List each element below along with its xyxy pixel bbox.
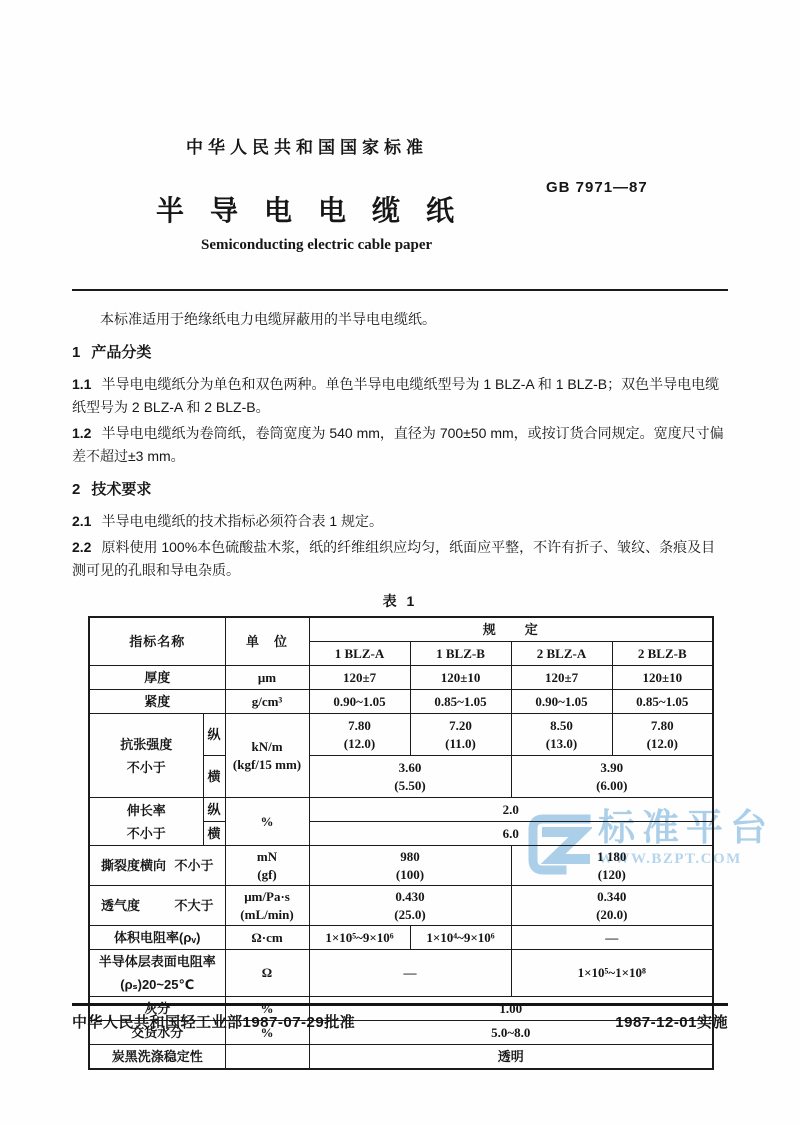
grade-cell: 1 BLZ-B (410, 642, 511, 666)
unit-cell: kN/m (kgf/15 mm) (225, 714, 309, 798)
unit-cell: Ω (225, 950, 309, 997)
value-main: 1 180 (512, 848, 713, 866)
value-cell: — (511, 926, 713, 950)
value-cell: 1×10⁵~9×10⁶ (309, 926, 410, 950)
direction-cell: 纵 (203, 714, 225, 756)
unit-cell: % (225, 798, 309, 846)
document-page: 标准平台 WWW.BZPT.COM 中华人民共和国国家标准 GB 7971—87… (0, 0, 800, 1126)
clause-text: 半导电电缆纸为卷筒纸，卷筒宽度为 540 mm，直径为 700±50 mm，或按… (72, 425, 724, 464)
section-heading-1: 1产品分类 (72, 341, 728, 364)
clause-2-1: 2.1半导电电缆纸的技术指标必须符合表 1 规定。 (72, 510, 728, 533)
grade-cell: 2 BLZ-B (612, 642, 713, 666)
unit-cell: μm/Pa·s (mL/min) (225, 886, 309, 926)
clause-text: 半导电电缆纸的技术指标必须符合表 1 规定。 (101, 513, 383, 529)
header-cell-name: 指标名称 (89, 617, 225, 666)
row-tear: 撕裂度横向 不小于 mN (gf) 980 (100) 1 180 (120) (89, 846, 713, 886)
row-name: 伸长率 不小于 (89, 798, 203, 846)
value-paren: (120) (512, 866, 713, 884)
value-cell: 1 180 (120) (511, 846, 713, 886)
header-rule (72, 289, 728, 291)
section-heading-2: 2技术要求 (72, 478, 728, 501)
value-cell: 7.20 (11.0) (410, 714, 511, 756)
direction-cell: 横 (203, 756, 225, 798)
value-cell: 1×10⁵~1×10⁸ (511, 950, 713, 997)
header-cell-spec: 规 定 (309, 617, 713, 642)
row-volume-resistivity: 体积电阻率(ρᵥ) Ω·cm 1×10⁵~9×10⁶ 1×10⁴~9×10⁶ — (89, 926, 713, 950)
value-paren: (20.0) (512, 906, 713, 924)
row-density: 紧度 g/cm³ 0.90~1.05 0.85~1.05 0.90~1.05 0… (89, 690, 713, 714)
row-carbon-black: 炭黑洗涤稳定性 透明 (89, 1045, 713, 1070)
grade-cell: 2 BLZ-A (511, 642, 612, 666)
value-main: 980 (310, 848, 511, 866)
value-cell: 0.90~1.05 (309, 690, 410, 714)
document-body: 本标准适用于绝缘纸电力电缆屏蔽用的半导电电缆纸。 1产品分类 1.1半导电电缆纸… (72, 308, 728, 1070)
national-standard-label: 中华人民共和国国家标准 (186, 133, 428, 158)
direction-cell: 纵 (203, 798, 225, 822)
value-main: 3.60 (310, 759, 511, 777)
spec-table: 指标名称 单 位 规 定 1 BLZ-A 1 BLZ-B 2 BLZ-A 2 B… (88, 616, 714, 1070)
unit-cell: Ω·cm (225, 926, 309, 950)
clause-1-2: 1.2半导电电缆纸为卷筒纸，卷筒宽度为 540 mm，直径为 700±50 mm… (72, 422, 728, 468)
standard-number: GB 7971—87 (546, 179, 648, 196)
value-cell: — (309, 950, 511, 997)
row-name: 撕裂度横向 不小于 (89, 846, 225, 886)
value-cell: 120±7 (309, 666, 410, 690)
row-qualifier: 不小于 (90, 822, 203, 845)
section-title: 产品分类 (91, 344, 151, 361)
value-main: 7.20 (411, 717, 511, 735)
unit-cell: g/cm³ (225, 690, 309, 714)
row-name-line: 半导体层表面电阻率 (90, 950, 225, 973)
clause-number: 2.1 (72, 513, 91, 529)
unit-cell (225, 1045, 309, 1070)
value-cell: 0.85~1.05 (410, 690, 511, 714)
value-cell: 3.90 (6.00) (511, 756, 713, 798)
page-title: 半导电电缆纸 (156, 189, 480, 229)
row-qualifier: 不小于 (175, 854, 214, 877)
row-name: 半导体层表面电阻率 (ρₛ)20~25℃ (89, 950, 225, 997)
footer: 中华人民共和国轻工业部1987-07-29批准 1987-12-01实施 (72, 1011, 728, 1032)
value-cell: 0.340 (20.0) (511, 886, 713, 926)
row-name: 体积电阻率(ρᵥ) (89, 926, 225, 950)
clause-number: 2.2 (72, 539, 91, 555)
row-qualifier: 不小于 (90, 756, 203, 779)
row-elongation-longitudinal: 伸长率 不小于 纵 % 2.0 (89, 798, 713, 822)
unit-cell: μm (225, 666, 309, 690)
clause-text: 半导电电缆纸分为单色和双色两种。单色半导电电缆纸型号为 1 BLZ-A 和 1 … (72, 376, 719, 415)
row-tensile-longitudinal: 抗张强度 不小于 纵 kN/m (kgf/15 mm) 7.80 (12.0) … (89, 714, 713, 756)
unit-line: kN/m (226, 738, 309, 756)
row-permeability: 透气度 不大于 μm/Pa·s (mL/min) 0.430 (25.0) 0.… (89, 886, 713, 926)
direction-cell: 横 (203, 822, 225, 846)
unit-line: (mL/min) (226, 906, 309, 924)
value-paren: (6.00) (512, 777, 713, 795)
header-cell-unit: 单 位 (225, 617, 309, 666)
row-surface-resistivity: 半导体层表面电阻率 (ρₛ)20~25℃ Ω — 1×10⁵~1×10⁸ (89, 950, 713, 997)
approval-text: 中华人民共和国轻工业部1987-07-29批准 (72, 1011, 355, 1032)
unit-line: (gf) (226, 866, 309, 884)
value-paren: (100) (310, 866, 511, 884)
value-main: 0.340 (512, 888, 713, 906)
row-name-line: 透气度 (101, 894, 140, 917)
value-cell: 8.50 (13.0) (511, 714, 612, 756)
value-cell: 1×10⁴~9×10⁶ (410, 926, 511, 950)
value-main: 7.80 (310, 717, 410, 735)
value-main: 0.430 (310, 888, 511, 906)
value-cell: 980 (100) (309, 846, 511, 886)
value-main: 8.50 (512, 717, 612, 735)
row-name: 透气度 不大于 (89, 886, 225, 926)
value-cell: 120±10 (410, 666, 511, 690)
row-name: 抗张强度 不小于 (89, 714, 203, 798)
value-cell: 7.80 (12.0) (612, 714, 713, 756)
value-cell: 120±10 (612, 666, 713, 690)
value-cell: 2.0 (309, 798, 713, 822)
clause-text: 原料使用 100%本色硫酸盐木浆，纸的纤维组织应均匀，纸面应平整，不许有折子、皱… (72, 539, 715, 578)
clause-1-1: 1.1半导电电缆纸分为单色和双色两种。单色半导电电缆纸型号为 1 BLZ-A 和… (72, 373, 728, 419)
value-cell: 6.0 (309, 822, 713, 846)
value-paren: (12.0) (613, 735, 713, 753)
row-name: 炭黑洗涤稳定性 (89, 1045, 225, 1070)
table-header-row: 指标名称 单 位 规 定 (89, 617, 713, 642)
value-cell: 0.430 (25.0) (309, 886, 511, 926)
unit-cell: mN (gf) (225, 846, 309, 886)
value-paren: (11.0) (411, 735, 511, 753)
value-cell: 0.90~1.05 (511, 690, 612, 714)
section-number: 2 (72, 481, 80, 498)
value-main: 3.90 (512, 759, 713, 777)
section-title: 技术要求 (91, 481, 151, 498)
unit-line: (kgf/15 mm) (226, 756, 309, 774)
row-name: 厚度 (89, 666, 225, 690)
value-cell: 0.85~1.05 (612, 690, 713, 714)
row-thickness: 厚度 μm 120±7 120±10 120±7 120±10 (89, 666, 713, 690)
value-paren: (12.0) (310, 735, 410, 753)
unit-line: μm/Pa·s (226, 888, 309, 906)
clause-number: 1.1 (72, 376, 91, 392)
value-paren: (5.50) (310, 777, 511, 795)
value-paren: (13.0) (512, 735, 612, 753)
clause-2-2: 2.2原料使用 100%本色硫酸盐木浆，纸的纤维组织应均匀，纸面应平整，不许有折… (72, 536, 728, 582)
scope-paragraph: 本标准适用于绝缘纸电力电缆屏蔽用的半导电电缆纸。 (72, 308, 728, 331)
row-name: 紧度 (89, 690, 225, 714)
clause-number: 1.2 (72, 425, 91, 441)
unit-line: mN (226, 848, 309, 866)
value-paren: (25.0) (310, 906, 511, 924)
section-number: 1 (72, 344, 80, 361)
value-cell: 3.60 (5.50) (309, 756, 511, 798)
row-name-line: 抗张强度 (90, 733, 203, 756)
footer-rule (72, 1003, 728, 1006)
row-name-line: (ρₛ)20~25℃ (90, 973, 225, 996)
implementation-text: 1987-12-01实施 (615, 1011, 728, 1032)
value-cell: 7.80 (12.0) (309, 714, 410, 756)
grade-cell: 1 BLZ-A (309, 642, 410, 666)
row-name-line: 伸长率 (90, 799, 203, 822)
value-cell: 120±7 (511, 666, 612, 690)
row-name-line: 撕裂度横向 (101, 854, 166, 877)
value-cell: 透明 (309, 1045, 713, 1070)
page-subtitle-en: Semiconducting electric cable paper (201, 237, 432, 254)
table-caption: 表 1 (72, 590, 728, 613)
row-qualifier: 不大于 (175, 894, 214, 917)
value-main: 7.80 (613, 717, 713, 735)
